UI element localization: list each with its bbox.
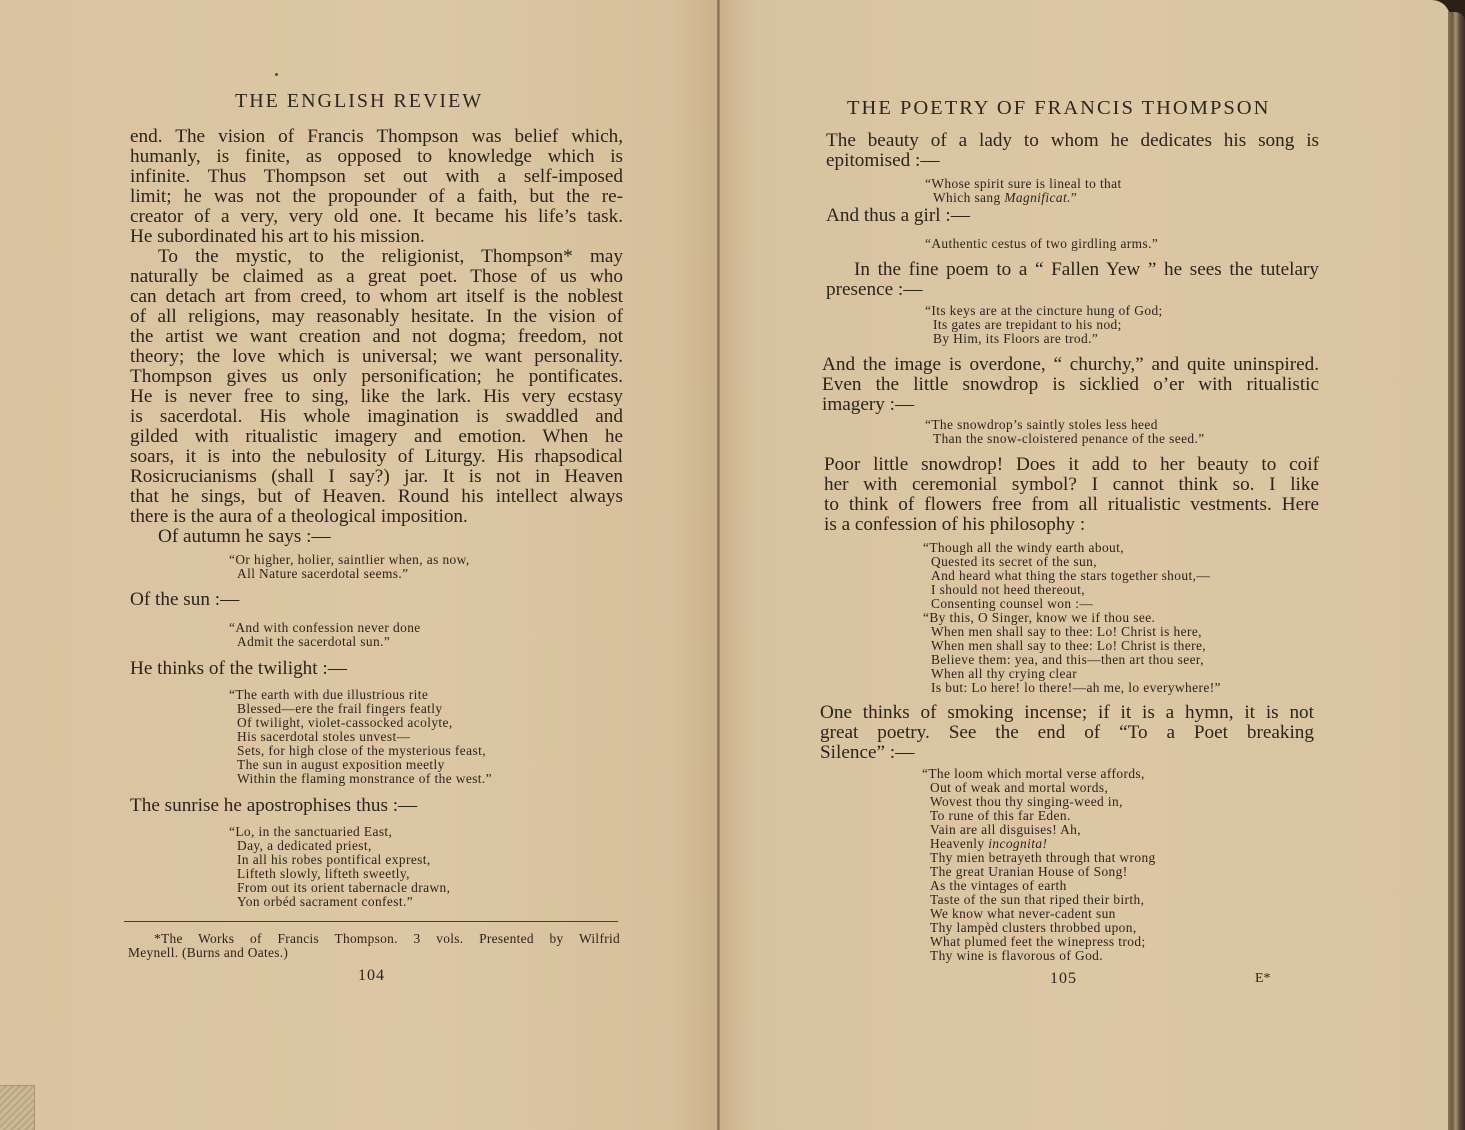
quote-line: “By this, O Singer, know we if thou see. (931, 611, 1221, 625)
quote-line: Blessed—ere the frail fingers featly (237, 702, 492, 716)
quote-line: “The loom which mortal verse affords, (930, 767, 1156, 781)
text-line: her with ceremonial symbol? I cannot thi… (824, 475, 1319, 495)
quote-line: “Authentic cestus of two girdling arms.” (933, 237, 1158, 251)
running-head-right: THE POETRY OF FRANCIS THOMPSON (847, 97, 1270, 120)
text-line: that he sings, but of Heaven. Round his … (130, 487, 623, 507)
quote-line: By Him, its Floors are trod.” (933, 332, 1163, 346)
text-line: And the image is overdone, “ churchy,” a… (822, 355, 1319, 375)
quote-line: I should not heed thereout, (931, 583, 1221, 597)
quote-yew: “Its keys are at the cincture hung of Go… (933, 304, 1163, 346)
paragraph: end. The vision of Francis Thompson was … (130, 127, 623, 247)
quote-girl: “Authentic cestus of two girdling arms.” (933, 237, 1158, 251)
quote-line: Believe them: yea, and this—then art tho… (931, 653, 1221, 667)
text-line: of all religions, may reasonably hesitat… (130, 307, 623, 327)
quote-line: Sets, for high close of the mysterious f… (237, 744, 492, 758)
quote-sun: “And with confession never done Admit th… (237, 621, 421, 649)
quote-philosophy: “Though all the windy earth about, Quest… (931, 541, 1221, 695)
quote-line: Is but: Lo here! lo there!—ah me, lo eve… (931, 681, 1221, 695)
text-line: creator of a very, very old one. It beca… (130, 207, 623, 227)
page-corner-fold (0, 1085, 35, 1130)
text-line: To the mystic, to the religionist, Thomp… (130, 247, 623, 267)
text-line: imagery :— (822, 395, 1319, 415)
quote-lady: “Whose spirit sure is lineal to that Whi… (933, 177, 1122, 205)
quote-line: When men shall say to thee: Lo! Christ i… (931, 625, 1221, 639)
text-line: Silence” :— (820, 743, 1314, 763)
quote-line: And heard what thing the stars together … (931, 569, 1221, 583)
footnote-line: *The Works of Francis Thompson. 3 vols. … (128, 932, 620, 946)
quote-line: Which sang Magnificat.” (933, 191, 1122, 205)
quote-line: Thy wine is flavorous of God. (930, 949, 1156, 963)
text-line: He subordinated his art to his mission. (130, 227, 623, 247)
text-line: the artist we want creation and not dogm… (130, 327, 623, 347)
text-line: naturally be claimed as a great poet. Th… (130, 267, 623, 287)
quote-line: Vain are all disguises! Ah, (930, 823, 1156, 837)
paragraph: Poor little snowdrop! Does it add to her… (824, 455, 1319, 535)
running-head-left: THE ENGLISH REVIEW (235, 90, 483, 113)
quote-line: Consenting counsel won :— (931, 597, 1221, 611)
quote-line: What plumed feet the winepress trod; (930, 935, 1156, 949)
paragraph: The beauty of a lady to whom he dedicate… (826, 131, 1319, 171)
text-line: can detach art from creed, to whom art i… (130, 287, 623, 307)
quote-line: To rune of this far Eden. (930, 809, 1156, 823)
quote-line: Out of weak and mortal words, (930, 781, 1156, 795)
quote-line: “Though all the windy earth about, (931, 541, 1221, 555)
quote-line: In all his robes pontifical exprest, (237, 853, 450, 867)
quote-line: “The snowdrop’s saintly stoles less heed (933, 418, 1205, 432)
right-body-text: And the image is overdone, “ churchy,” a… (822, 355, 1319, 415)
quote-line: When men shall say to thee: Lo! Christ i… (931, 639, 1221, 653)
quote-line: We know what never-cadent sun (930, 907, 1156, 921)
text-line: He is never free to sing, like the lark.… (130, 387, 623, 407)
lead-in-autumn: Of autumn he says :— (130, 527, 623, 547)
paragraph: In the fine poem to a “ Fallen Yew ” he … (826, 260, 1319, 300)
quote-line: Yon orbéd sacrament confest.” (237, 895, 450, 909)
text-line: Even the little snowdrop is sicklied o’e… (822, 375, 1319, 395)
quote-line: His sacerdotal stoles unvest— (237, 730, 492, 744)
text-line: is sacerdotal. His whole imagination is … (130, 407, 623, 427)
text-line: The beauty of a lady to whom he dedicate… (826, 131, 1319, 151)
footnote-divider (124, 921, 618, 922)
right-body-text: In the fine poem to a “ Fallen Yew ” he … (826, 260, 1319, 300)
quote-line: Its gates are trepidant to his nod; (933, 318, 1163, 332)
footnote-line: Meynell. (Burns and Oates.) (128, 946, 620, 960)
right-body-text: Poor little snowdrop! Does it add to her… (824, 455, 1319, 535)
signature-mark: E* (1255, 971, 1271, 987)
paragraph: To the mystic, to the religionist, Thomp… (130, 247, 623, 527)
quote-line: When all thy crying clear (931, 667, 1221, 681)
text-line: soars, it is into the nebulosity of Litu… (130, 447, 623, 467)
text-line: to think of flowers free from all ritual… (824, 495, 1319, 515)
quote-line: Wovest thou thy singing-weed in, (930, 795, 1156, 809)
quote-poet-breaking-silence: “The loom which mortal verse affords, Ou… (930, 767, 1156, 963)
quote-line: Quested its secret of the sun, (931, 555, 1221, 569)
quote-italic: incognita! (988, 836, 1047, 851)
footnote: *The Works of Francis Thompson. 3 vols. … (128, 932, 620, 960)
quote-text: Which sang (933, 190, 1004, 205)
quote-line: Heavenly incognita! (930, 837, 1156, 851)
page-number-right: 105 (1050, 970, 1077, 988)
text-line: infinite. Thus Thompson set out with a s… (130, 167, 623, 187)
text-line: presence :— (826, 280, 1319, 300)
quote-line: “Lo, in the sanctuaried East, (237, 825, 450, 839)
quote-line: Thy lampèd clusters throbbed upon, (930, 921, 1156, 935)
text-line: is a confession of his philosophy : (824, 515, 1319, 535)
book-spread: THE ENGLISH REVIEW end. The vision of Fr… (0, 0, 1465, 1130)
quote-line: “The earth with due illustrious rite (237, 688, 492, 702)
text-line: theory; the love which is universal; we … (130, 347, 623, 367)
text-line: In the fine poem to a “ Fallen Yew ” he … (826, 260, 1319, 280)
quote-line: Day, a dedicated priest, (237, 839, 450, 853)
quote-line: Admit the sacerdotal sun.” (237, 635, 421, 649)
quote-line: Of twilight, violet-cassocked acolyte, (237, 716, 492, 730)
left-page: THE ENGLISH REVIEW end. The vision of Fr… (0, 0, 718, 1130)
text-line: limit; he was not the propounder of a fa… (130, 187, 623, 207)
quote-snowdrop: “The snowdrop’s saintly stoles less heed… (933, 418, 1205, 446)
quote-italic: Magnificat. (1004, 190, 1071, 205)
quote-line: Thy mien betrayeth through that wrong (930, 851, 1156, 865)
text-line: great poetry. See the end of “To a Poet … (820, 723, 1314, 743)
text-line: gilded with ritualistic imagery and emot… (130, 427, 623, 447)
quote-sunrise: “Lo, in the sanctuaried East, Day, a ded… (237, 825, 450, 909)
right-body-text: One thinks of smoking incense; if it is … (820, 703, 1314, 763)
quote-line: Than the snow-cloistered penance of the … (933, 432, 1205, 446)
quote-line: “Whose spirit sure is lineal to that (933, 177, 1122, 191)
paragraph: And the image is overdone, “ churchy,” a… (822, 355, 1319, 415)
text-line: Rosicrucianisms (shall I say?) jar. It i… (130, 467, 623, 487)
quote-line: Within the flaming monstrance of the wes… (237, 772, 492, 786)
quote-line: “Its keys are at the cincture hung of Go… (933, 304, 1163, 318)
right-page: THE POETRY OF FRANCIS THOMPSON The beaut… (720, 0, 1450, 1130)
page-number-left: 104 (358, 967, 385, 985)
left-body-text: end. The vision of Francis Thompson was … (130, 127, 623, 547)
text-line: epitomised :— (826, 151, 1319, 171)
right-body-text: The beauty of a lady to whom he dedicate… (826, 131, 1319, 171)
text-line: humanly, is finite, as opposed to knowle… (130, 147, 623, 167)
quote-line: “And with confession never done (237, 621, 421, 635)
ink-speck (275, 73, 278, 76)
quote-text: ” (1071, 190, 1077, 205)
quote-twilight: “The earth with due illustrious rite Ble… (237, 688, 492, 786)
quote-text: Heavenly (930, 836, 988, 851)
text-line: end. The vision of Francis Thompson was … (130, 127, 623, 147)
quote-line: Lifteth slowly, lifteth sweetly, (237, 867, 450, 881)
quote-line: As the vintages of earth (930, 879, 1156, 893)
quote-line: The sun in august exposition meetly (237, 758, 492, 772)
lead-in-sunrise: The sunrise he apostrophises thus :— (130, 796, 417, 816)
lead-in-twilight: He thinks of the twilight :— (130, 659, 347, 679)
quote-autumn: “Or higher, holier, saintlier when, as n… (237, 553, 470, 581)
quote-line: The great Uranian House of Song! (930, 865, 1156, 879)
text-line: Thompson gives us only personification; … (130, 367, 623, 387)
quote-line: “Or higher, holier, saintlier when, as n… (237, 553, 470, 567)
quote-line: Taste of the sun that riped their birth, (930, 893, 1156, 907)
paragraph: One thinks of smoking incense; if it is … (820, 703, 1314, 763)
text-line: there is the aura of a theological impos… (130, 507, 623, 527)
text-line: Poor little snowdrop! Does it add to her… (824, 455, 1319, 475)
lead-in-sun: Of the sun :— (130, 590, 239, 610)
page-edge-stack (1448, 12, 1465, 1130)
quote-line: All Nature sacerdotal seems.” (237, 567, 470, 581)
text-line: One thinks of smoking incense; if it is … (820, 703, 1314, 723)
quote-line: From out its orient tabernacle drawn, (237, 881, 450, 895)
lead-in-girl: And thus a girl :— (826, 206, 970, 226)
